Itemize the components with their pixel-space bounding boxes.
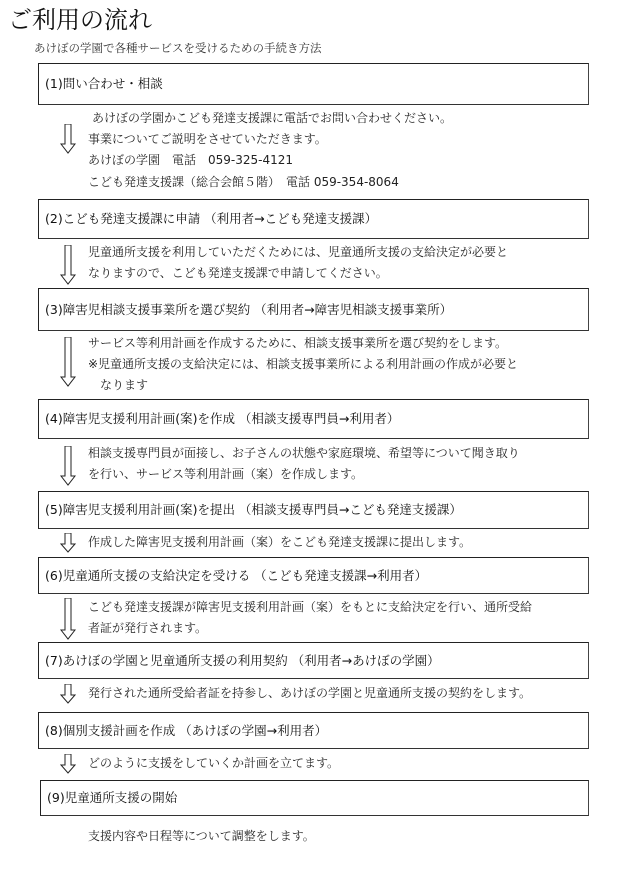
step-6-desc-line-1: こども発達支援課が障害児支援利用計画（案）をもとに支給決定を行い、通所受給 (88, 597, 532, 617)
step-5-heading: (5)障害児支援利用計画(案)を提出 （相談支援専門員→こども発達支援課） (45, 502, 462, 518)
step-8-heading-box: (8)個別支援計画を作成 （あけぼの学園→利用者） (38, 712, 589, 749)
down-arrow-icon (60, 684, 76, 704)
step-3-desc-line-2: ※児童通所支援の支給決定には、相談支援事業所による利用計画の作成が必要と (88, 354, 518, 374)
step-1-desc-line-3: あけぼの学園 電話 059-325-4121 (88, 150, 293, 170)
page-title: ご利用の流れ (8, 4, 152, 36)
step-4-heading: (4)障害児支援利用計画(案)を作成 （相談支援専門員→利用者） (45, 411, 399, 427)
step-1-desc-line-4: こども発達支援課（総合会館５階） 電話 059-354-8064 (88, 172, 399, 192)
step-1-desc-line-2: 事業についてご説明をさせていただきます。 (88, 129, 327, 149)
step-4-desc-line-1: 相談支援専門員が面接し、お子さんの状態や家庭環境、希望等について聞き取り (88, 443, 520, 463)
step-2-heading-box: (2)こども発達支援課に申請 （利用者→こども発達支援課） (38, 199, 589, 239)
step-3-desc-line-3: なります (88, 375, 148, 395)
step-5-desc-line-1: 作成した障害児支援利用計画（案）をこども発達支援課に提出します。 (88, 532, 471, 552)
step-4-heading-box: (4)障害児支援利用計画(案)を作成 （相談支援専門員→利用者） (38, 399, 589, 439)
step-2-heading: (2)こども発達支援課に申請 （利用者→こども発達支援課） (45, 211, 377, 227)
step-3-heading: (3)障害児相談支援事業所を選び契約 （利用者→障害児相談支援事業所） (45, 302, 452, 318)
step-9-desc-line-1: 支援内容や日程等について調整をします。 (88, 826, 315, 846)
step-4-desc-line-2: を行い、サービス等利用計画（案）を作成します。 (88, 464, 363, 484)
step-2-desc-line-2: なりますので、こども発達支援課で申請してください。 (88, 263, 388, 283)
step-7-heading: (7)あけぼの学園と児童通所支援の利用契約 （利用者→あけぼの学園） (45, 653, 440, 669)
page-subtitle: あけぼの学園で各種サービスを受けるための手続き方法 (34, 40, 322, 56)
step-8-desc-line-1: どのように支援をしていくか計画を立てます。 (88, 753, 339, 773)
step-6-desc-line-2: 者証が発行されます。 (88, 618, 207, 638)
down-arrow-icon (60, 245, 76, 285)
step-7-heading-box: (7)あけぼの学園と児童通所支援の利用契約 （利用者→あけぼの学園） (38, 642, 589, 679)
down-arrow-icon (60, 754, 76, 774)
step-3-desc-line-1: サービス等利用計画を作成するために、相談支援事業所を選び契約をします。 (88, 333, 507, 353)
step-1-desc-line-1: あけぼの学園かこども発達支援課に電話でお問い合わせください。 (92, 108, 452, 128)
step-7-desc-line-1: 発行された通所受給者証を持参し、あけぼの学園と児童通所支援の契約をします。 (88, 683, 531, 703)
step-9-heading: (9)児童通所支援の開始 (47, 790, 177, 806)
step-3-heading-box: (3)障害児相談支援事業所を選び契約 （利用者→障害児相談支援事業所） (38, 288, 589, 331)
step-8-heading: (8)個別支援計画を作成 （あけぼの学園→利用者） (45, 723, 327, 739)
down-arrow-icon (60, 533, 76, 553)
step-6-heading-box: (6)児童通所支援の支給決定を受ける （こども発達支援課→利用者） (38, 557, 589, 594)
down-arrow-icon (60, 598, 76, 640)
step-2-desc-line-1: 児童通所支援を利用していただくためには、児童通所支援の支給決定が必要と (88, 242, 508, 262)
step-6-heading: (6)児童通所支援の支給決定を受ける （こども発達支援課→利用者） (45, 568, 427, 584)
step-9-heading-box: (9)児童通所支援の開始 (40, 780, 589, 816)
down-arrow-icon (60, 446, 76, 486)
step-1-heading: (1)問い合わせ・相談 (45, 76, 163, 92)
down-arrow-icon (60, 337, 76, 387)
down-arrow-icon (60, 124, 76, 154)
step-5-heading-box: (5)障害児支援利用計画(案)を提出 （相談支援専門員→こども発達支援課） (38, 491, 589, 529)
step-1-heading-box: (1)問い合わせ・相談 (38, 63, 589, 105)
